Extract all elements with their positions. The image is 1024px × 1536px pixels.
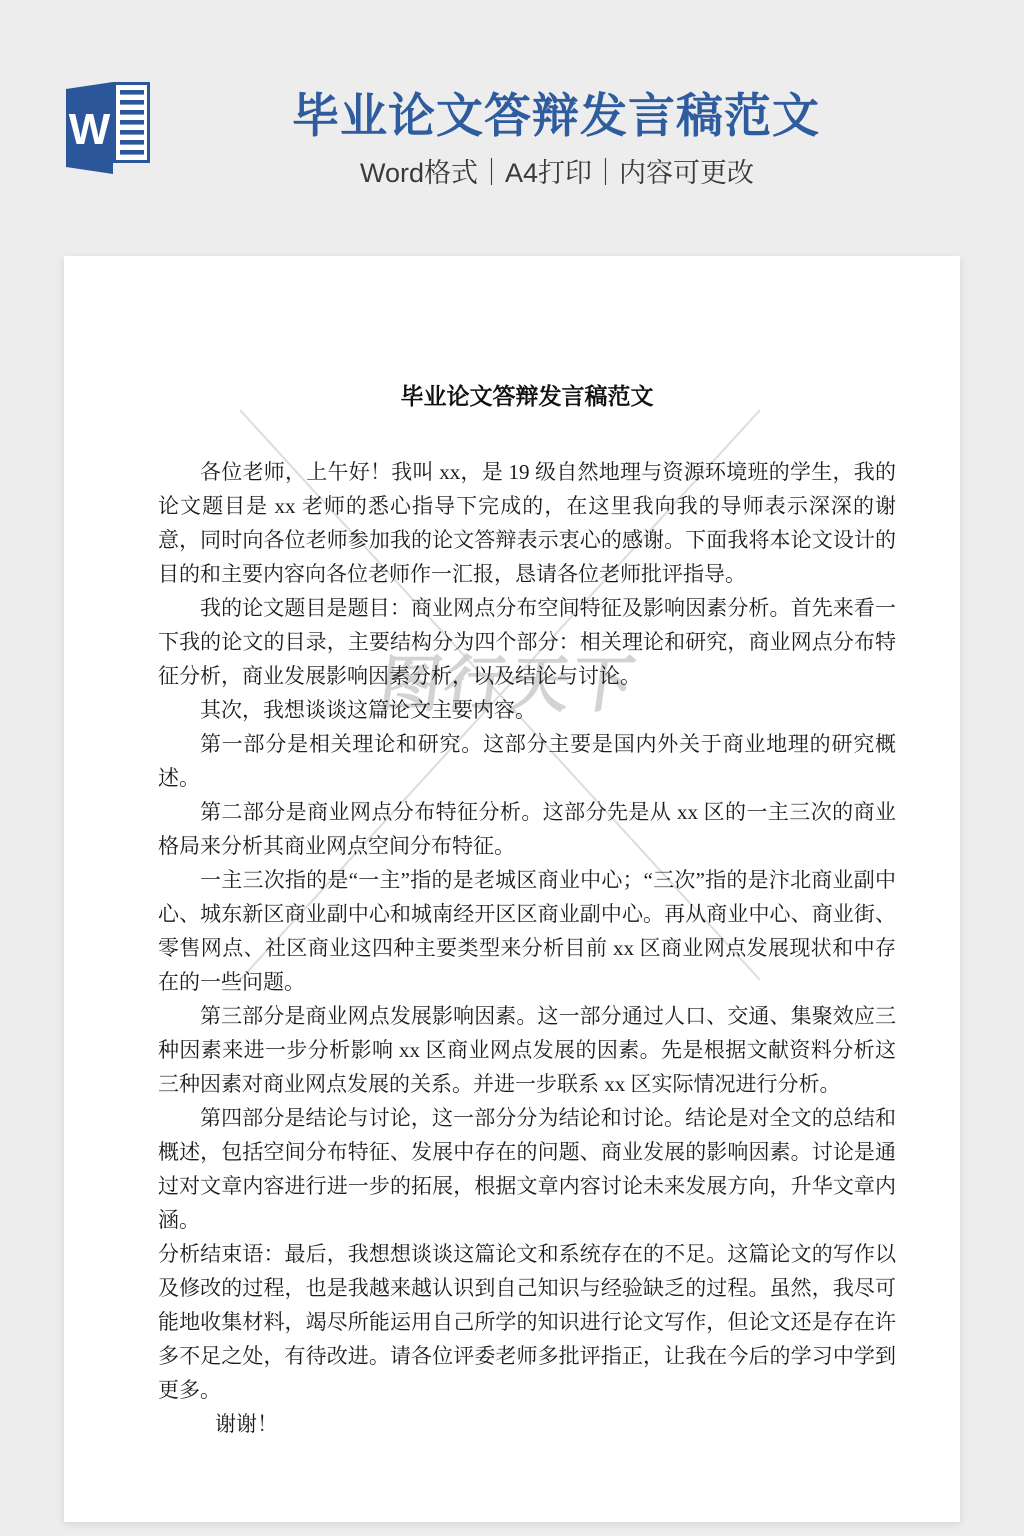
document-paragraphs: 各位老师，上午好！我叫 xx，是 19 级自然地理与资源环境班的学生，我的论文题… xyxy=(158,455,896,1441)
document-paragraph: 第三部分是商业网点发展影响因素。这一部分通过人口、交通、集聚效应三种因素来进一步… xyxy=(158,999,896,1101)
document-page: 图行天下 毕业论文答辩发言稿范文 各位老师，上午好！我叫 xx，是 19 级自然… xyxy=(64,256,960,1522)
document-paragraph: 分析结束语：最后，我想想谈谈这篇论文和系统存在的不足。这篇论文的写作以及修改的过… xyxy=(158,1237,896,1407)
document-paragraph: 第二部分是商业网点分布特征分析。这部分先是从 xx 区的一主三次的商业格局来分析… xyxy=(158,795,896,863)
page-title: 毕业论文答辩发言稿范文 xyxy=(44,90,1024,142)
document-paragraph: 其次，我想谈谈这篇论文主要内容。 xyxy=(158,693,896,727)
document-paragraph: 第四部分是结论与讨论，这一部分分为结论和讨论。结论是对全文的总结和概述，包括空间… xyxy=(158,1101,896,1237)
document-paragraph: 第一部分是相关理论和研究。这部分主要是国内外关于商业地理的研究概述。 xyxy=(158,727,896,795)
document-paragraph: 各位老师，上午好！我叫 xx，是 19 级自然地理与资源环境班的学生，我的论文题… xyxy=(158,455,896,591)
document-paragraph: 谢谢！ xyxy=(158,1407,896,1441)
document-paragraph: 我的论文题目是题目：商业网点分布空间特征及影响因素分析。首先来看一下我的论文的目… xyxy=(158,591,896,693)
document-paragraph: 一主三次指的是“一主”指的是老城区商业中心；“三次”指的是汴北商业副中心、城东新… xyxy=(158,863,896,999)
document-title: 毕业论文答辩发言稿范文 xyxy=(158,382,896,410)
page-header: W 毕业论文答辩发言稿范文 Word格式｜A4打印｜内容可更改 xyxy=(0,0,1024,256)
document-content: 毕业论文答辩发言稿范文 各位老师，上午好！我叫 xx，是 19 级自然地理与资源… xyxy=(158,382,896,1441)
page-subtitle: Word格式｜A4打印｜内容可更改 xyxy=(45,157,1024,189)
